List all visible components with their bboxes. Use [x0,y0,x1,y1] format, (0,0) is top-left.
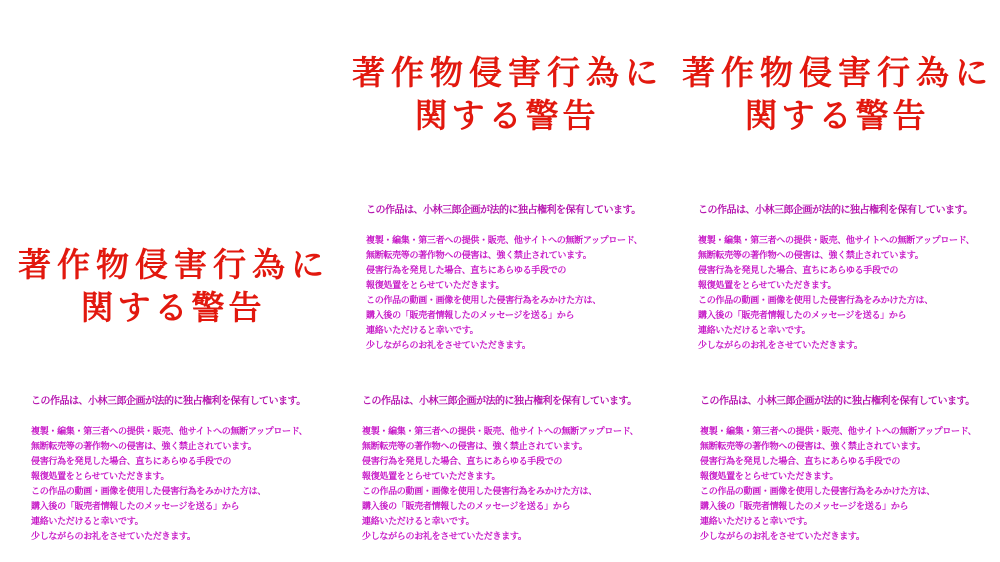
warning-body-block: この作品は、小林三郎企画が法的に独占権利を保有しています。 複製・編集・第三者へ… [31,394,307,544]
warning-body-line: 複製・編集・第三者への提供・販売、他サイトへの無断アップロード、 [698,233,974,248]
warning-body-lead: この作品は、小林三郎企画が法的に独占権利を保有しています。 [698,203,974,218]
warning-body-line: 連絡いただけると幸いです。 [362,514,638,529]
warning-body-line: 侵害行為を発見した場合、直ちにあらゆる手段での [366,263,642,278]
warning-body-line: 少しながらのお礼をさせていただきます。 [700,529,976,544]
warning-body-lead: この作品は、小林三郎企画が法的に独占権利を保有しています。 [700,394,976,409]
warning-title-line1: 著作物侵害行為に [334,51,676,94]
warning-body-line: 侵害行為を発見した場合、直ちにあらゆる手段での [362,454,638,469]
warning-title-line1: 著作物侵害行為に [664,51,1000,94]
warning-body-line: 購入後の「販売者情報したのメッセージを送る」から [366,308,642,323]
warning-body-line: この作品の動画・画像を使用した侵害行為をみかけた方は、 [700,484,976,499]
warning-body-line: 無断転売等の著作物への侵害は、強く禁止されています。 [31,439,307,454]
warning-title-block: 著作物侵害行為に 関する警告 [334,51,676,137]
warning-body-line: 無断転売等の著作物への侵害は、強く禁止されています。 [362,439,638,454]
warning-body-block: この作品は、小林三郎企画が法的に独占権利を保有しています。 複製・編集・第三者へ… [698,203,974,353]
warning-body-line: 報復処置をとらせていただきます。 [700,469,976,484]
copyright-warning-collage: 著作物侵害行為に 関する警告 著作物侵害行為に 関する警告 著作物侵害行為に 関… [0,0,1000,562]
warning-body-line: 少しながらのお礼をさせていただきます。 [366,338,642,353]
warning-body-line: 連絡いただけると幸いです。 [698,323,974,338]
warning-body-line: 報復処置をとらせていただきます。 [362,469,638,484]
warning-body-line: 購入後の「販売者情報したのメッセージを送る」から [700,499,976,514]
warning-body-line: 報復処置をとらせていただきます。 [31,469,307,484]
warning-body-line: 連絡いただけると幸いです。 [700,514,976,529]
warning-body-line: 報復処置をとらせていただきます。 [698,278,974,293]
warning-body-line: この作品の動画・画像を使用した侵害行為をみかけた方は、 [31,484,307,499]
warning-body-line: 少しながらのお礼をさせていただきます。 [31,529,307,544]
warning-title-block: 著作物侵害行為に 関する警告 [664,51,1000,137]
warning-body-lead: この作品は、小林三郎企画が法的に独占権利を保有しています。 [366,203,642,218]
warning-body-line: 少しながらのお礼をさせていただきます。 [362,529,638,544]
warning-title-line1: 著作物侵害行為に [0,243,342,286]
warning-body-line: 侵害行為を発見した場合、直ちにあらゆる手段での [31,454,307,469]
warning-body-line: 少しながらのお礼をさせていただきます。 [698,338,974,353]
warning-body-line: 無断転売等の著作物への侵害は、強く禁止されています。 [698,248,974,263]
warning-title-line2: 関する警告 [334,94,676,137]
warning-body-lead: この作品は、小林三郎企画が法的に独占権利を保有しています。 [31,394,307,409]
warning-body-block: この作品は、小林三郎企画が法的に独占権利を保有しています。 複製・編集・第三者へ… [366,203,642,353]
warning-body-line: 侵害行為を発見した場合、直ちにあらゆる手段での [698,263,974,278]
warning-body-line: 連絡いただけると幸いです。 [366,323,642,338]
warning-body-line: 購入後の「販売者情報したのメッセージを送る」から [31,499,307,514]
warning-body-block: この作品は、小林三郎企画が法的に独占権利を保有しています。 複製・編集・第三者へ… [362,394,638,544]
warning-body-line: この作品の動画・画像を使用した侵害行為をみかけた方は、 [698,293,974,308]
warning-body-line: 複製・編集・第三者への提供・販売、他サイトへの無断アップロード、 [31,424,307,439]
warning-body-line: 無断転売等の著作物への侵害は、強く禁止されています。 [700,439,976,454]
warning-body-lead: この作品は、小林三郎企画が法的に独占権利を保有しています。 [362,394,638,409]
warning-body-line: 購入後の「販売者情報したのメッセージを送る」から [698,308,974,323]
warning-body-line: この作品の動画・画像を使用した侵害行為をみかけた方は、 [362,484,638,499]
warning-body-line: 報復処置をとらせていただきます。 [366,278,642,293]
warning-body-line: 複製・編集・第三者への提供・販売、他サイトへの無断アップロード、 [700,424,976,439]
warning-title-block: 著作物侵害行為に 関する警告 [0,243,342,329]
warning-body-line: 購入後の「販売者情報したのメッセージを送る」から [362,499,638,514]
warning-body-line: 侵害行為を発見した場合、直ちにあらゆる手段での [700,454,976,469]
warning-title-line2: 関する警告 [664,94,1000,137]
warning-title-line2: 関する警告 [0,286,342,329]
warning-body-line: この作品の動画・画像を使用した侵害行為をみかけた方は、 [366,293,642,308]
warning-body-line: 連絡いただけると幸いです。 [31,514,307,529]
warning-body-line: 複製・編集・第三者への提供・販売、他サイトへの無断アップロード、 [366,233,642,248]
warning-body-block: この作品は、小林三郎企画が法的に独占権利を保有しています。 複製・編集・第三者へ… [700,394,976,544]
warning-body-line: 複製・編集・第三者への提供・販売、他サイトへの無断アップロード、 [362,424,638,439]
warning-body-line: 無断転売等の著作物への侵害は、強く禁止されています。 [366,248,642,263]
